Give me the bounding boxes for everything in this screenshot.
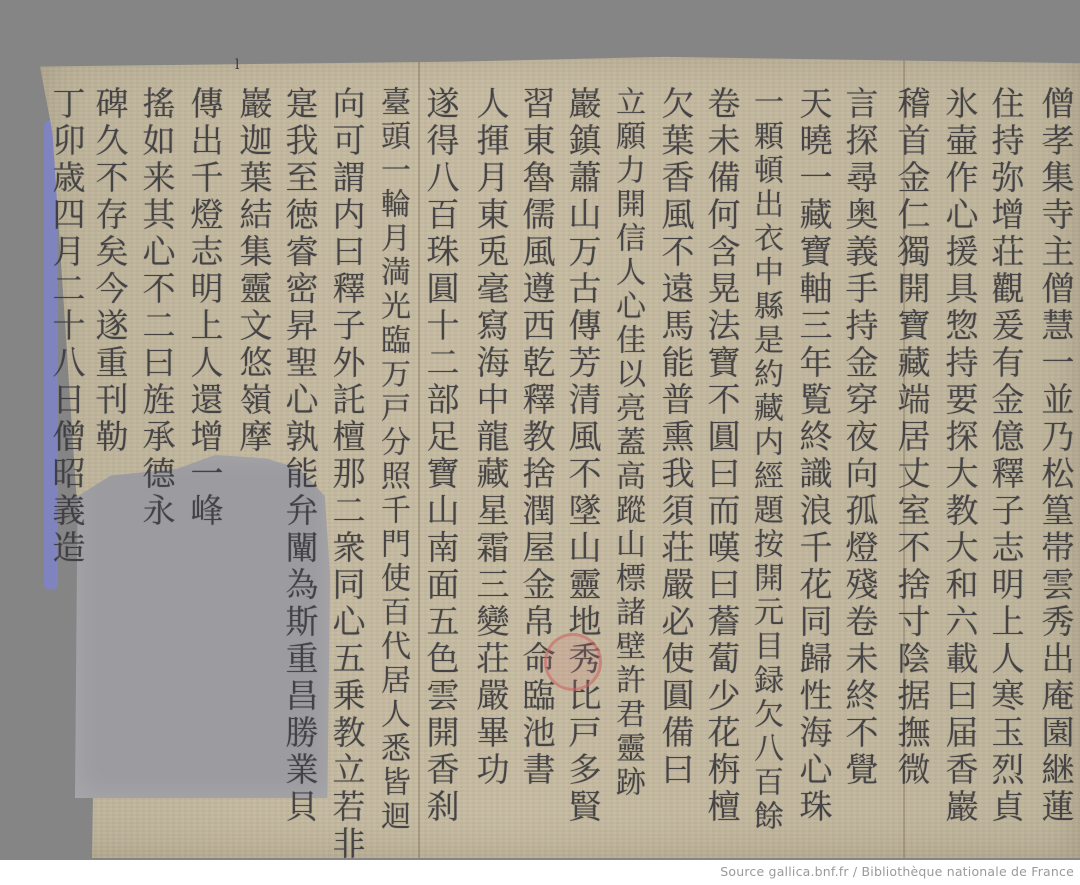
column-text: 人揮月東兎毫寫海中龍藏星霜三變荘嚴畢功 xyxy=(472,86,510,789)
column-text: 言探尋奥義手持金穿夜向孤燈殘卷未終不覺 xyxy=(841,86,879,789)
column-text: 欠葉香風不遠馬能普熏我須荘嚴必使圓備曰 xyxy=(657,86,695,789)
column-text: 僧孝集寺主僧慧一並乃松篁帯雲秀出庵園継蓮 xyxy=(1037,86,1075,826)
column-text: 卷未備何含晃法寶不圓曰而嘆曰薝蔔少花栴檀 xyxy=(703,86,741,826)
column-text: 一顆頓出衣中縣是約藏内經題按開元目録欠八百餘 xyxy=(749,86,782,834)
text-column: 巖鎮蕭山万古傳芳清風不墜山靈地秀比戸多賢 xyxy=(564,86,602,826)
source-credit: Source gallica.bnf.fr / Bibliothèque nat… xyxy=(720,864,1074,879)
text-column: 僧孝集寺主僧慧一並乃松篁帯雲秀出庵園継蓮 xyxy=(1037,86,1075,826)
text-column: 立願力開信人心佳以亮蓋高蹤山標諸壁許君靈跡 xyxy=(610,86,644,800)
column-text: 立願力開信人心佳以亮蓋高蹤山標諸壁許君靈跡 xyxy=(610,86,644,800)
column-text: 傳出千燈志明上人還增一峰 xyxy=(186,86,224,530)
text-column: 搖如来其心不二曰旌承德永 xyxy=(138,86,176,530)
column-text: 遂得八百珠圓十二部足寶山南面五色雲開香刹 xyxy=(422,86,460,826)
text-column: 卷未備何含晃法寶不圓曰而嘆曰薝蔔少花栴檀 xyxy=(703,86,741,826)
text-column: 傳出千燈志明上人還增一峰 xyxy=(186,86,224,530)
red-seal-stamp xyxy=(544,633,602,691)
column-text: 碑久不存矣今遂重刊勒 xyxy=(91,86,129,456)
text-column: 欠葉香風不遠馬能普熏我須荘嚴必使圓備曰 xyxy=(657,86,695,789)
text-column: 言探尋奥義手持金穿夜向孤燈殘卷未終不覺 xyxy=(841,86,879,789)
column-text: 巖迦葉結集靈文悠嶺摩 xyxy=(235,86,273,456)
footer-bar: Source gallica.bnf.fr / Bibliothèque nat… xyxy=(0,860,1080,885)
column-text: 稽首金仁獨開寶藏端居丈室不捨寸陰据撫微 xyxy=(893,86,931,789)
text-column: 一顆頓出衣中縣是約藏内經題按開元目録欠八百餘 xyxy=(749,86,782,834)
column-text: 臺頭一輪月満光臨万戸分照千門使百代居人悉皆迴 xyxy=(375,86,409,834)
column-text: 天曉一藏寶軸三年覧終識浪千花同歸性海心珠 xyxy=(795,86,833,826)
text-column: 碑久不存矣今遂重刊勒 xyxy=(91,86,129,456)
text-column: 氷壷作心援具惣持要探大教大和六載曰届香巖 xyxy=(941,86,979,826)
column-text: 向可謂内曰釋子外託檀那二衆同心五乗教立若非 xyxy=(328,86,366,863)
column-text: 習東魯儒風遵西乾釋教捨潤屋金帛命臨池書 xyxy=(518,86,556,789)
text-column: 人揮月東兎毫寫海中龍藏星霜三變荘嚴畢功 xyxy=(472,86,510,789)
text-column: 住持弥增荘觀爰有金億釋子志明上人寒玉烈貞 xyxy=(987,86,1025,826)
column-text: 寔我至徳睿密昇聖心孰能弁闡為斯重昌勝業貝 xyxy=(281,86,319,826)
text-column: 習東魯儒風遵西乾釋教捨潤屋金帛命臨池書 xyxy=(518,86,556,789)
column-text: 氷壷作心援具惣持要探大教大和六載曰届香巖 xyxy=(941,86,979,826)
column-text: 丁卯歳四月二十八日僧昭義造 xyxy=(48,86,86,567)
text-column: 天曉一藏寶軸三年覧終識浪千花同歸性海心珠 xyxy=(795,86,833,826)
marginal-mark: l xyxy=(235,57,239,73)
text-column: 遂得八百珠圓十二部足寶山南面五色雲開香刹 xyxy=(422,86,460,826)
text-column: 稽首金仁獨開寶藏端居丈室不捨寸陰据撫微 xyxy=(893,86,931,789)
column-text: 巖鎮蕭山万古傳芳清風不墜山靈地秀比戸多賢 xyxy=(564,86,602,826)
text-column: 寔我至徳睿密昇聖心孰能弁闡為斯重昌勝業貝 xyxy=(281,86,319,826)
column-text: 住持弥增荘觀爰有金億釋子志明上人寒玉烈貞 xyxy=(987,86,1025,826)
text-column: 巖迦葉結集靈文悠嶺摩 xyxy=(235,86,273,456)
image-viewer: 僧孝集寺主僧慧一並乃松篁帯雲秀出庵園継蓮 住持弥增荘觀爰有金億釋子志明上人寒玉烈… xyxy=(0,0,1080,885)
column-text: 搖如来其心不二曰旌承德永 xyxy=(138,86,176,530)
manuscript-text: 僧孝集寺主僧慧一並乃松篁帯雲秀出庵園継蓮 住持弥增荘觀爰有金億釋子志明上人寒玉烈… xyxy=(40,52,1080,858)
text-column: 臺頭一輪月満光臨万戸分照千門使百代居人悉皆迴 xyxy=(375,86,409,834)
text-column: 丁卯歳四月二十八日僧昭義造 xyxy=(48,86,86,567)
text-column: 向可謂内曰釋子外託檀那二衆同心五乗教立若非 xyxy=(328,86,366,863)
